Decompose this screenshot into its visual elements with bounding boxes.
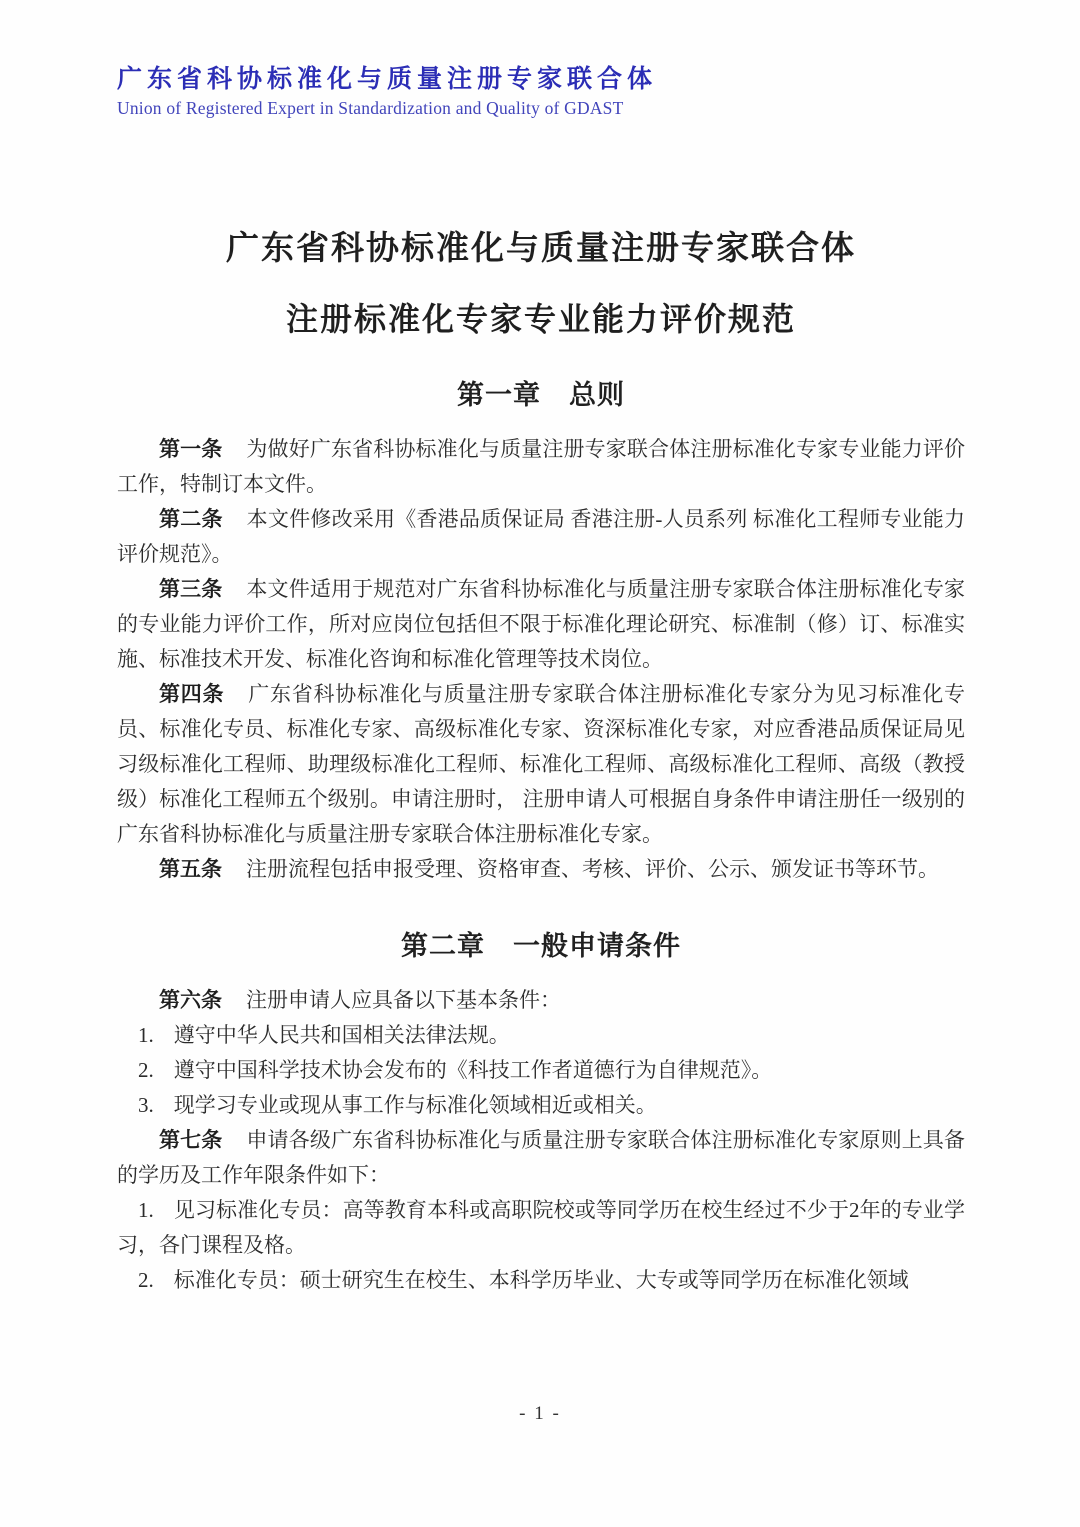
- chapter-heading-2: 第二章 一般申请条件: [117, 931, 965, 961]
- paragraph-text: 注册申请人应具备以下基本条件：: [246, 988, 561, 1012]
- paragraph-text: 申请各级广东省科协标准化与质量注册专家联合体注册标准化专家原则上具备的学历及工作…: [117, 1128, 965, 1187]
- document-title-line1: 广东省科协标准化与质量注册专家联合体: [117, 232, 965, 266]
- list-item-paragraph: 1.遵守中华人民共和国相关法律法规。: [117, 1018, 965, 1053]
- chapter-heading-1: 第一章 总则: [117, 380, 965, 410]
- article-label: 第三条: [159, 578, 222, 601]
- item-number: 2.: [138, 1058, 154, 1082]
- article-label: 第五条: [159, 858, 222, 881]
- article-paragraph: 第三条本文件适用于规范对广东省科协标准化与质量注册专家联合体注册标准化专家的专业…: [117, 572, 965, 677]
- paragraph-text: 现学习专业或现从事工作与标准化领域相近或相关。: [174, 1093, 657, 1117]
- article-paragraph: 第四条广东省科协标准化与质量注册专家联合体注册标准化专家分为见习标准化专员、标准…: [117, 677, 965, 852]
- article-paragraph: 第六条注册申请人应具备以下基本条件：: [117, 983, 965, 1018]
- article-paragraph: 第七条申请各级广东省科协标准化与质量注册专家联合体注册标准化专家原则上具备的学历…: [117, 1123, 965, 1193]
- article-label: 第二条: [159, 508, 223, 531]
- paragraph-text: 见习标准化专员：高等教育本科或高职院校或等同学历在校生经过不少于2年的专业学习，…: [117, 1198, 965, 1257]
- item-number: 3.: [138, 1093, 154, 1117]
- article-paragraph: 第五条注册流程包括申报受理、资格审查、考核、评价、公示、颁发证书等环节。: [117, 852, 965, 887]
- article-label: 第四条: [159, 683, 224, 706]
- article-label: 第六条: [159, 989, 222, 1012]
- paragraph-text: 为做好广东省科协标准化与质量注册专家联合体注册标准化专家专业能力评价工作，特制订…: [117, 437, 965, 496]
- article-label: 第七条: [159, 1129, 222, 1152]
- article-label: 第一条: [159, 438, 222, 461]
- article-paragraph: 第二条本文件修改采用《香港品质保证局 香港注册-人员系列 标准化工程师专业能力评…: [117, 502, 965, 572]
- paragraph-text: 遵守中华人民共和国相关法律法规。: [174, 1023, 510, 1047]
- list-item-paragraph: 2.遵守中国科学技术协会发布的《科技工作者道德行为自律规范》。: [117, 1053, 965, 1088]
- org-name-chinese: 广东省科协标准化与质量注册专家联合体: [117, 62, 965, 96]
- paragraph-text: 本文件适用于规范对广东省科协标准化与质量注册专家联合体注册标准化专家的专业能力评…: [117, 577, 965, 671]
- item-number: 2.: [138, 1268, 154, 1292]
- item-number: 1.: [138, 1198, 154, 1222]
- list-item-paragraph: 1.见习标准化专员：高等教育本科或高职院校或等同学历在校生经过不少于2年的专业学…: [117, 1193, 965, 1263]
- org-name-english: Union of Registered Expert in Standardiz…: [117, 96, 965, 120]
- letterhead: 广东省科协标准化与质量注册专家联合体 Union of Registered E…: [117, 62, 965, 120]
- paragraph-text: 注册流程包括申报受理、资格审查、考核、评价、公示、颁发证书等环节。: [246, 857, 939, 881]
- paragraph-text: 标准化专员：硕士研究生在校生、本科学历毕业、大专或等同学历在标准化领域: [174, 1268, 909, 1292]
- article-paragraph: 第一条为做好广东省科协标准化与质量注册专家联合体注册标准化专家专业能力评价工作，…: [117, 432, 965, 502]
- item-number: 1.: [138, 1023, 154, 1047]
- document-body: 第一章 总则第一条为做好广东省科协标准化与质量注册专家联合体注册标准化专家专业能…: [117, 380, 965, 1298]
- paragraph-text: 广东省科协标准化与质量注册专家联合体注册标准化专家分为见习标准化专员、标准化专员…: [117, 682, 965, 846]
- page-number: - 1 -: [519, 1403, 561, 1424]
- list-item-paragraph: 2.标准化专员：硕士研究生在校生、本科学历毕业、大专或等同学历在标准化领域: [117, 1263, 965, 1298]
- document-title-line2: 注册标准化专家专业能力评价规范: [117, 302, 965, 336]
- list-item-paragraph: 3.现学习专业或现从事工作与标准化领域相近或相关。: [117, 1088, 965, 1123]
- page-footer: - 1 -: [0, 1403, 1080, 1425]
- paragraph-text: 遵守中国科学技术协会发布的《科技工作者道德行为自律规范》。: [174, 1058, 773, 1082]
- paragraph-text: 本文件修改采用《香港品质保证局 香港注册-人员系列 标准化工程师专业能力评价规范…: [117, 507, 965, 566]
- document-page: 广东省科协标准化与质量注册专家联合体 Union of Registered E…: [0, 0, 1080, 1527]
